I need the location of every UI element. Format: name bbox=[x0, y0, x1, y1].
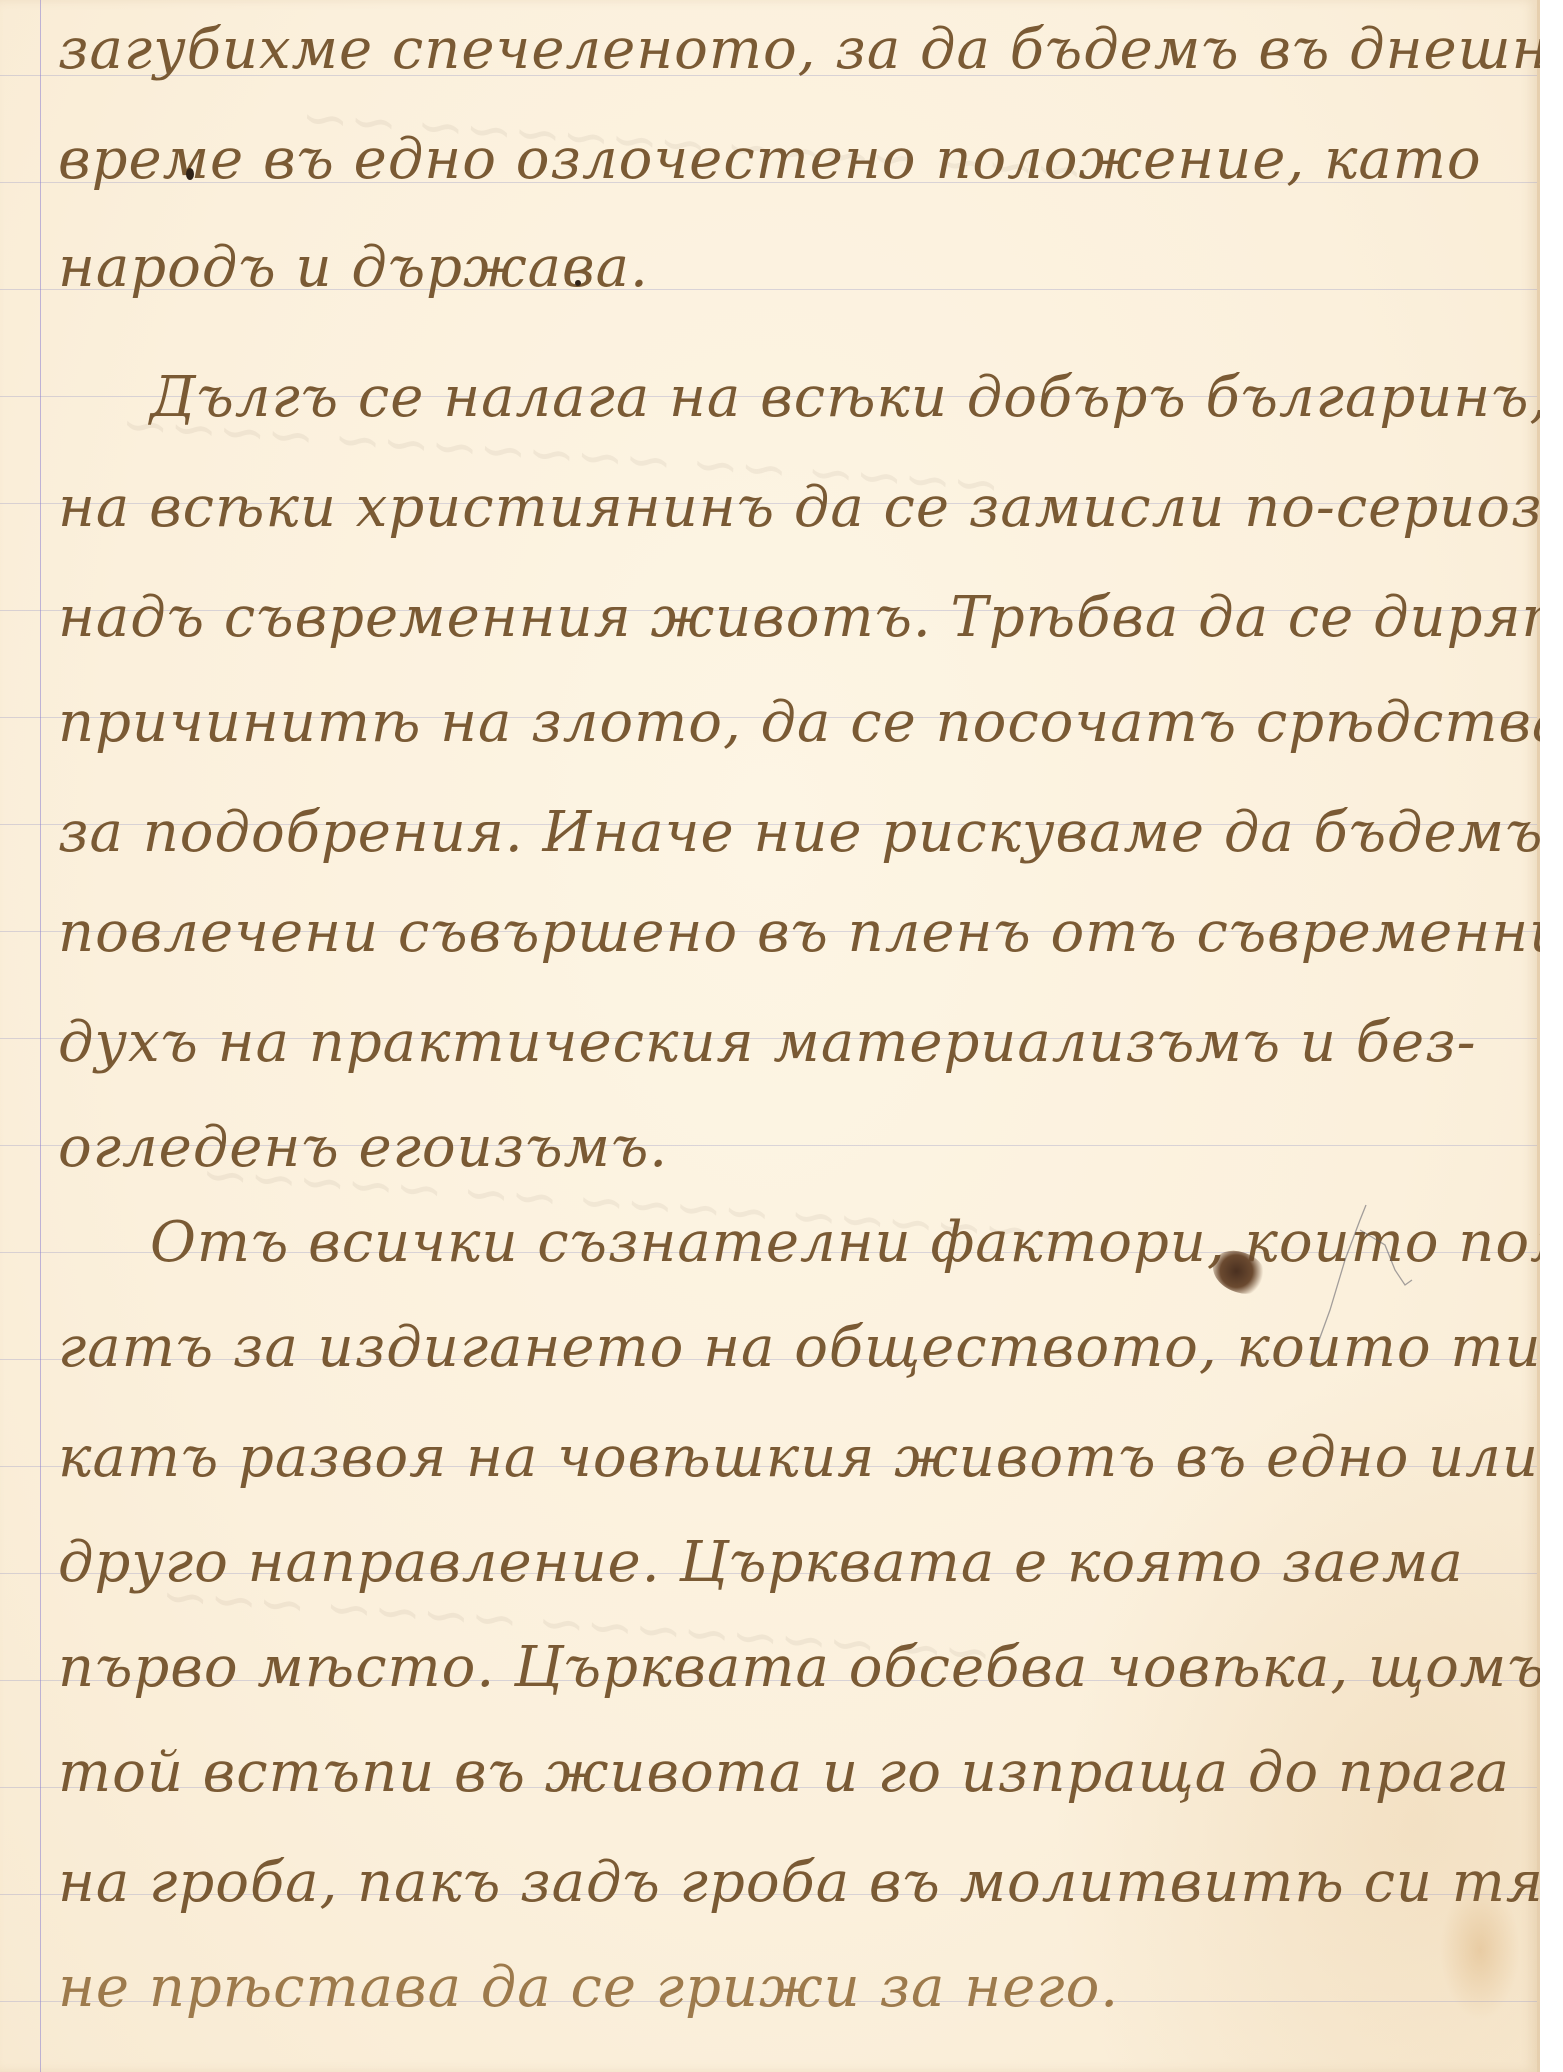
manuscript-line: загубихме спечеленото, за да бъдемъ въ д… bbox=[58, 22, 1563, 78]
manuscript-line: катъ развоя на човѣшкия животъ въ едно и… bbox=[58, 1430, 1539, 1486]
manuscript-line: за подобрения. Иначе ние рискуваме да бъ… bbox=[58, 805, 1543, 861]
manuscript-line: време въ едно озлочестено положение, кат… bbox=[58, 132, 1482, 188]
manuscript-line: народъ и държава. bbox=[58, 240, 649, 296]
manuscript-line: причинитѣ на злото, да се посочатъ срѣдс… bbox=[58, 695, 1563, 751]
manuscript-line: огледенъ егоизъмъ. bbox=[58, 1120, 668, 1176]
manuscript-line: друго направление. Църквата е която заем… bbox=[58, 1535, 1464, 1591]
pencil-scribble-mark bbox=[1300, 1200, 1420, 1370]
manuscript-line: духъ на практическия материализъмъ и без… bbox=[58, 1015, 1477, 1071]
manuscript-line: надъ съвременния животъ. Трѣбва да се ди… bbox=[58, 590, 1563, 646]
manuscript-line: не прѣстава да се грижи за него. bbox=[58, 1960, 1119, 2016]
manuscript-line: Дългъ се налага на всѣки добъръ българин… bbox=[150, 370, 1548, 426]
ink-dot bbox=[575, 280, 581, 286]
manuscript-line: първо мѣсто. Църквата обсебва човѣка, що… bbox=[58, 1640, 1546, 1696]
scan-edge bbox=[1540, 0, 1563, 2072]
manuscript-line: на всѣки християнинъ да се замисли по-се… bbox=[58, 480, 1563, 536]
foxing-stain bbox=[1440, 1880, 1520, 2020]
manuscript-line: той встъпи въ живота и го изпраща до пра… bbox=[58, 1745, 1510, 1801]
manuscript-line: на гроба, пакъ задъ гроба въ молитвитѣ с… bbox=[58, 1855, 1544, 1911]
manuscript-page: ~~~ ~~~~ ~~~~~~ ~~ ~~~~ ~~ ~~~~~~~ ~~~~ … bbox=[0, 0, 1540, 2072]
manuscript-line: повлечени съвършено въ пленъ отъ съвреме… bbox=[58, 905, 1563, 961]
ink-dot bbox=[186, 168, 194, 180]
margin-line bbox=[40, 0, 41, 2072]
